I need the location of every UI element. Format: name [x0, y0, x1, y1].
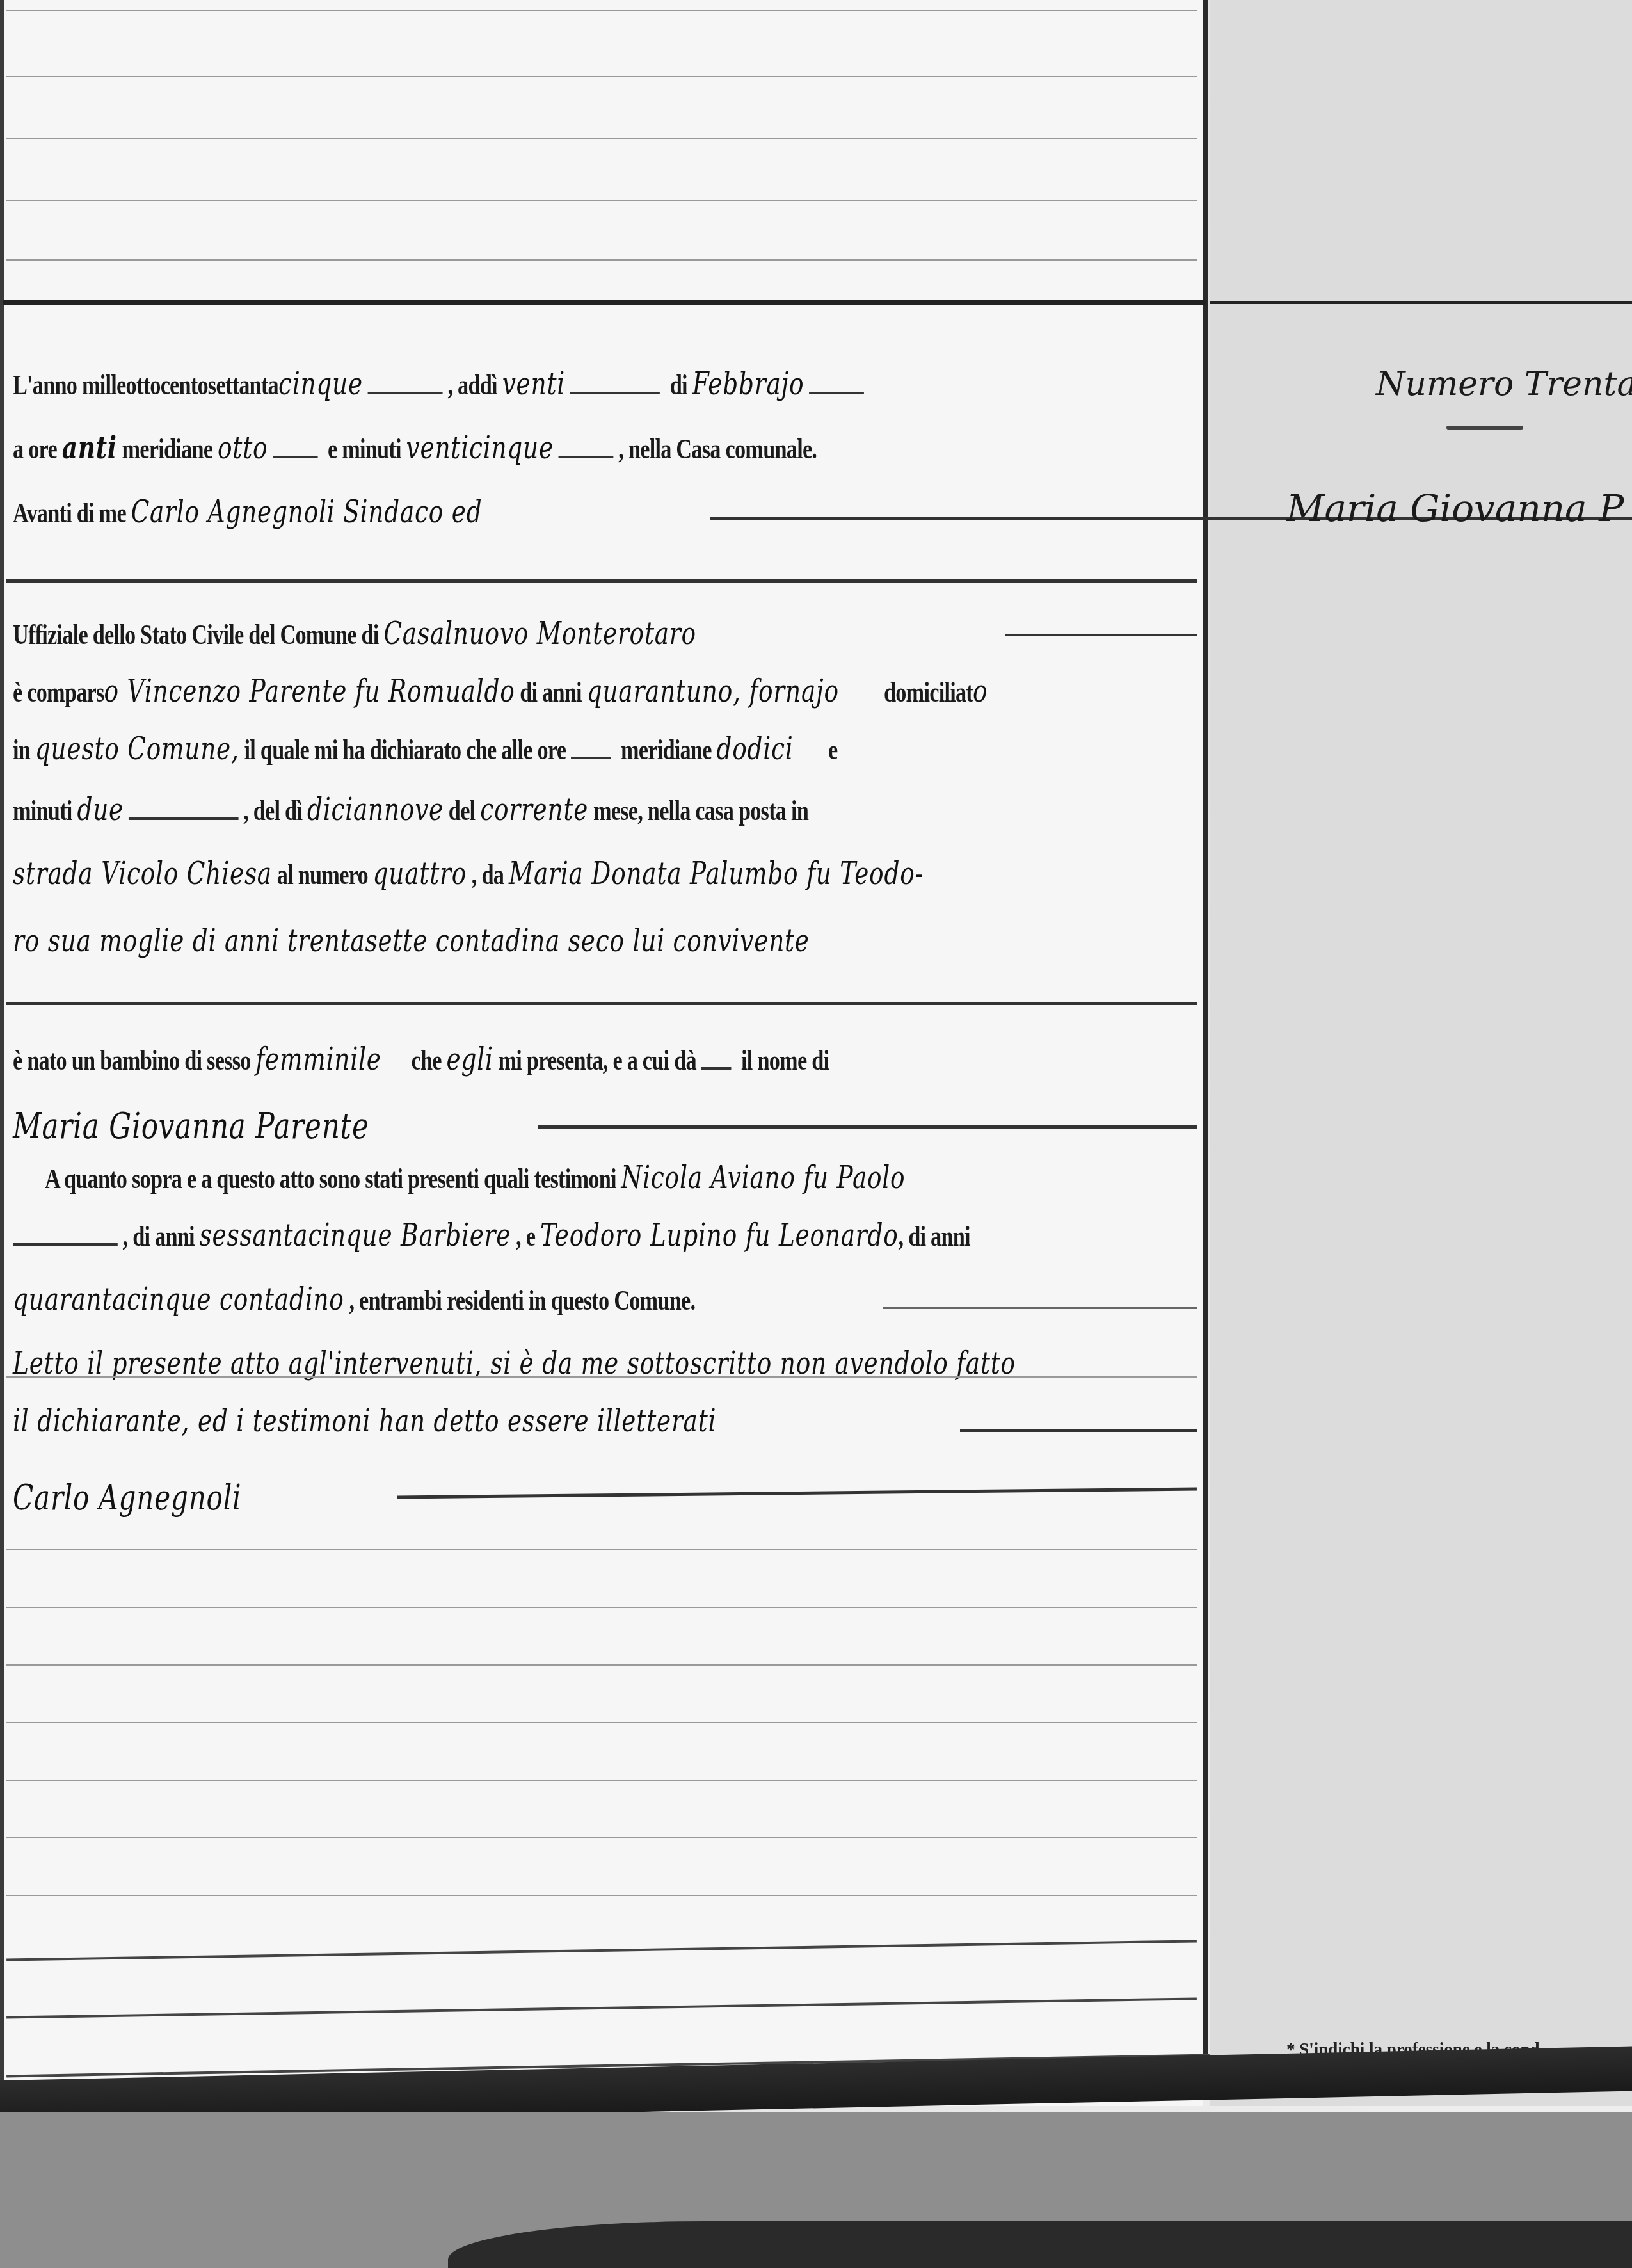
- handwritten-minutes: due: [77, 792, 124, 828]
- printed-text: al numero: [277, 859, 368, 890]
- printed-text: L'anno milleottocentosettanta: [13, 369, 278, 401]
- handwritten-age-profession: quarantuno, fornajo: [587, 673, 839, 709]
- printed-text: , del dì: [243, 795, 302, 826]
- printed-text: e: [828, 734, 837, 766]
- handwritten-place: questo Comune,: [35, 731, 239, 767]
- handwritten-witness-1: Nicola Aviano fu Paolo: [621, 1160, 906, 1196]
- left-page-edge: [0, 0, 4, 2106]
- handwritten-year: cinque: [278, 366, 363, 402]
- ruled-line: [6, 10, 1197, 11]
- ruled-line: [6, 1664, 1197, 1666]
- ruled-line: [6, 138, 1197, 139]
- record-line-16: il dichiarante, ed i testimoni han detto…: [13, 1395, 936, 1447]
- printed-text: che: [411, 1045, 441, 1076]
- handwritten-minutes: venticinque: [406, 430, 554, 466]
- record-line-6: in questo Comune, il quale mi ha dichiar…: [13, 723, 936, 775]
- printed-text: è compars: [13, 677, 104, 708]
- section-rule: [6, 579, 1197, 583]
- ruled-line: [6, 200, 1197, 201]
- printed-text: a ore: [13, 433, 57, 465]
- printed-text: meridiane: [122, 433, 213, 465]
- handwritten-ampm: anti: [62, 430, 117, 466]
- record-line-7: minuti due, del dì diciannove del corren…: [13, 784, 936, 835]
- margin-record-number: Numero Trenta: [1376, 365, 1632, 403]
- handwritten-witness-2: Teodoro Lupino fu Leonardo: [540, 1218, 899, 1253]
- record-line-5: è comparso Vincenzo Parente fu Romualdo …: [13, 666, 936, 717]
- ruled-line: [6, 1376, 1197, 1378]
- handwritten-month: Febbrajo: [692, 366, 804, 402]
- handwritten-day: diciannove: [307, 792, 444, 828]
- ruled-line: [6, 1837, 1197, 1838]
- printed-text: , nella Casa comunale.: [618, 433, 817, 465]
- printed-text: di: [670, 369, 687, 401]
- handwritten-official: Carlo Agnegnoli Sindaco ed: [131, 494, 483, 530]
- decorative-dash: [1446, 426, 1523, 430]
- record-line-1: L'anno milleottocentosettantacinque, add…: [13, 358, 936, 410]
- ruled-line: [6, 1607, 1197, 1608]
- printed-text: in: [13, 734, 30, 766]
- handwritten-hour: otto: [218, 430, 268, 466]
- handwritten-witness-1-age: sessantacinque Barbiere: [200, 1218, 511, 1253]
- handwritten-comune: Casalnuovo Monterotaro: [383, 616, 696, 652]
- handwritten-sex: femminile: [255, 1042, 381, 1077]
- ruled-line: [6, 76, 1197, 77]
- ruled-line: [6, 1549, 1197, 1550]
- handwritten-signature: Carlo Agnegnoli: [13, 1477, 241, 1518]
- printed-text: , di anni: [899, 1221, 970, 1252]
- ruled-line: [6, 1780, 1197, 1781]
- handwritten-pronoun: egli: [447, 1042, 493, 1077]
- record-line-13: , di anni sessantacinque Barbiere , e Te…: [13, 1210, 936, 1261]
- handwritten-mother: Maria Donata Palumbo fu Teodo-: [509, 856, 924, 892]
- printed-text: Avanti di me: [13, 497, 126, 529]
- record-line-10: è nato un bambino di sesso femminile che…: [13, 1034, 936, 1085]
- printed-text: il: [244, 734, 256, 766]
- margin-child-name: Maria Giovanna P: [1286, 487, 1624, 530]
- section-rule: [6, 1002, 1197, 1005]
- printed-text: Uffiziale dello Stato Civile del Comune …: [13, 619, 379, 650]
- handwritten-hour: dodici: [716, 731, 793, 767]
- ruled-line: [6, 1895, 1197, 1896]
- handwritten-month-ref: corrente: [480, 792, 588, 828]
- ruled-line: [6, 1722, 1197, 1723]
- record-separator-rule: [3, 300, 1206, 305]
- printed-text: A quanto sopra e a questo atto sono stat…: [45, 1163, 616, 1194]
- handwritten-day: venti: [502, 366, 565, 402]
- printed-text: , e: [516, 1221, 535, 1252]
- printed-text: è nato un bambino di sesso: [13, 1045, 251, 1076]
- record-line-2: a ore anti meridiane otto e minuti venti…: [13, 422, 936, 474]
- handwritten-child-name: Maria Giovanna Parente: [13, 1106, 369, 1147]
- printed-text: meridiane: [621, 734, 712, 766]
- scan-shadow: [448, 2221, 1632, 2268]
- record-line-4: Uffiziale dello Stato Civile del Comune …: [13, 608, 936, 659]
- printed-text: , addì: [447, 369, 497, 401]
- printed-text: mi presenta, e a cui dà: [499, 1045, 696, 1076]
- printed-text: mese, nella casa posta in: [593, 795, 808, 826]
- printed-text: , entrambi residenti in questo Comune.: [349, 1285, 695, 1316]
- printed-text: il nome di: [741, 1045, 829, 1076]
- handwritten-closing-2: il dichiarante, ed i testimoni han detto…: [13, 1403, 716, 1439]
- fill-line: [538, 1125, 1197, 1129]
- printed-text: , di anni: [123, 1221, 195, 1252]
- record-line-15: Letto il presente atto agl'intervenuti, …: [13, 1338, 936, 1389]
- handwritten-number: quattro: [373, 856, 467, 892]
- handwritten-witness-2-age: quarantacinque contadino: [13, 1282, 344, 1317]
- record-line-8: strada Vicolo Chiesa al numero quattro ,…: [13, 848, 936, 899]
- printed-text: , da: [472, 859, 504, 890]
- handwritten-declarant: o Vincenzo Parente fu Romualdo: [104, 673, 515, 709]
- printed-text: e minuti: [328, 433, 401, 465]
- printed-text: quale mi ha dichiarato che alle ore: [260, 734, 566, 766]
- printed-text: del: [449, 795, 476, 826]
- printed-text: domiciliat: [884, 677, 973, 708]
- fill-line: [883, 1307, 1197, 1309]
- handwritten-mother-details: ro sua moglie di anni trentasette contad…: [13, 923, 810, 959]
- handwritten-suffix: o: [973, 673, 988, 709]
- record-line-3: Avanti di me Carlo Agnegnoli Sindaco ed: [13, 487, 936, 538]
- printed-text: di anni: [520, 677, 582, 708]
- handwritten-street: strada Vicolo Chiesa: [13, 856, 272, 892]
- printed-text: minuti: [13, 795, 72, 826]
- fill-line: [960, 1429, 1197, 1432]
- document-page: L'anno milleottocentosettantacinque, add…: [0, 0, 1632, 2268]
- margin-column: [1210, 0, 1632, 2106]
- column-divider: [1203, 0, 1208, 2068]
- record-line-14: quarantacinque contadino , entrambi resi…: [13, 1274, 936, 1325]
- record-line-12: A quanto sopra e a questo atto sono stat…: [45, 1152, 968, 1203]
- record-line-9: ro sua moglie di anni trentasette contad…: [13, 915, 936, 967]
- ruled-line: [6, 259, 1197, 261]
- margin-separator-rule: [1210, 301, 1632, 304]
- fill-line: [1005, 634, 1197, 636]
